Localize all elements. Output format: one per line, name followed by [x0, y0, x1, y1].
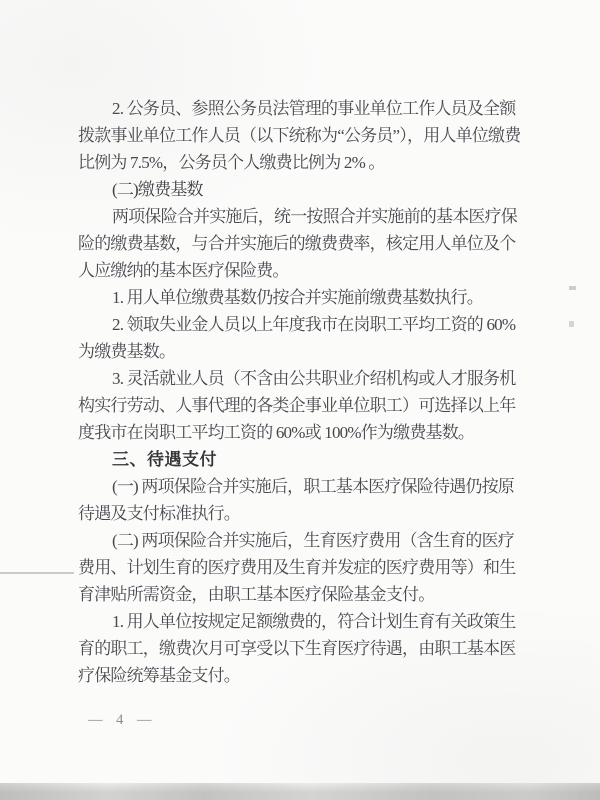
text-line: 三、待遇支付 [78, 446, 548, 473]
text-line: 育的职工，缴费次月可享受以下生育医疗待遇，由职工基本医 [78, 635, 548, 662]
text-line: (二)缴费基数 [78, 176, 548, 203]
scan-edge-shadow [0, 783, 600, 800]
text-line: 度我市在岗职工平均工资的 60%或 100%作为缴费基数。 [78, 419, 548, 446]
scan-speck-artifact [569, 286, 576, 290]
page-number: — 4 — [88, 712, 154, 729]
text-line: 疗保险统筹基金支付。 [78, 662, 548, 689]
text-line: 1. 用人单位缴费基数仍按合并实施前缴费基数执行。 [78, 284, 548, 311]
document-text: 2. 公务员、参照公务员法管理的事业单位工作人员及全额拨款事业单位工作人员（以下… [78, 95, 548, 689]
scan-line-artifact [0, 572, 74, 574]
scanned-document-page: 2. 公务员、参照公务员法管理的事业单位工作人员及全额拨款事业单位工作人员（以下… [0, 0, 600, 800]
text-line: 比例为 7.5%，公务员个人缴费比例为 2% 。 [78, 149, 548, 176]
text-line: 2. 公务员、参照公务员法管理的事业单位工作人员及全额 [78, 95, 548, 122]
text-line: 为缴费基数。 [78, 338, 548, 365]
text-line: 1. 用人单位按规定足额缴费的，符合计划生育有关政策生 [78, 608, 548, 635]
text-line: (二) 两项保险合并实施后，生育医疗费用（含生育的医疗 [78, 527, 548, 554]
text-line: 险的缴费基数，与合并实施后的缴费费率，核定用人单位及个 [78, 230, 548, 257]
text-line: 2. 领取失业金人员以上年度我市在岗职工平均工资的 60% [78, 311, 548, 338]
text-line: 费用、计划生育的医疗费用及生育并发症的医疗费用等）和生 [78, 554, 548, 581]
text-line: 两项保险合并实施后，统一按照合并实施前的基本医疗保 [78, 203, 548, 230]
text-line: 3. 灵活就业人员（不含由公共职业介绍机构或人才服务机 [78, 365, 548, 392]
text-line: 拨款事业单位工作人员（以下统称为“公务员”），用人单位缴费 [78, 122, 548, 149]
text-line: (一) 两项保险合并实施后，职工基本医疗保险待遇仍按原 [78, 473, 548, 500]
text-line: 人应缴纳的基本医疗保险费。 [78, 257, 548, 284]
text-line: 育津贴所需资金，由职工基本医疗保险基金支付。 [78, 581, 548, 608]
text-line: 待遇及支付标准执行。 [78, 500, 548, 527]
scan-speck-artifact [569, 321, 574, 327]
text-line: 构实行劳动、人事代理的各类企事业单位职工）可选择以上年 [78, 392, 548, 419]
